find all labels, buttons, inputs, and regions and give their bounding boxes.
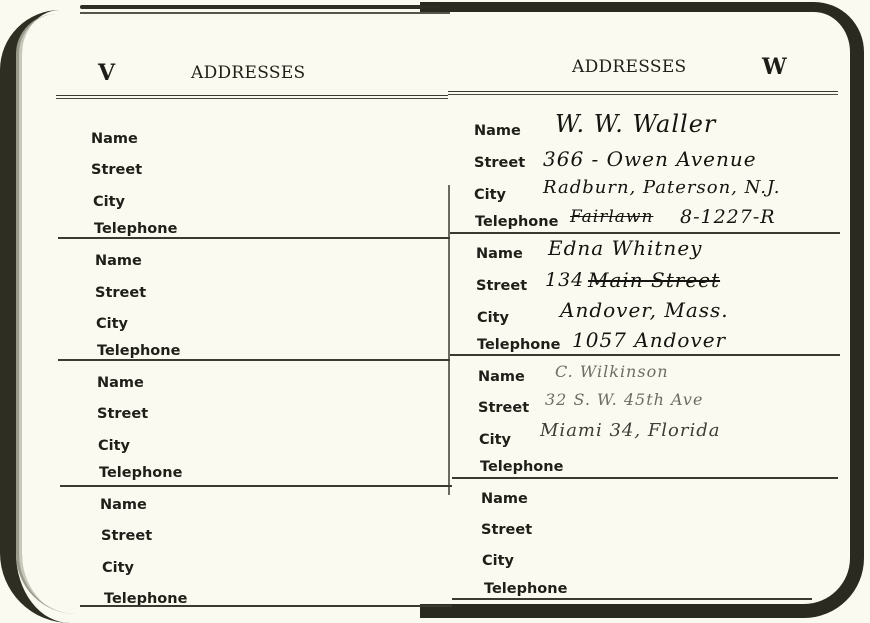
page-top-edge <box>80 12 450 14</box>
right-page-title: ADDRESSES <box>572 57 687 77</box>
left-page-letter: V <box>98 60 115 86</box>
telephone-label: Telephone <box>475 214 558 230</box>
city-label: City <box>474 187 506 203</box>
address-book-scan: V ADDRESSES ADDRESSES W Name Street City… <box>0 0 870 623</box>
entry-divider <box>452 598 812 600</box>
name-label: Name <box>476 246 523 262</box>
name-label: Name <box>481 491 528 507</box>
name-label: Name <box>97 375 144 391</box>
contact-telephone: 8-1227-R <box>680 206 776 228</box>
telephone-label: Telephone <box>477 337 560 353</box>
street-label: Street <box>481 522 532 538</box>
city-label: City <box>477 310 509 326</box>
entry-divider <box>450 354 840 356</box>
city-label: City <box>482 553 514 569</box>
entry-divider <box>58 237 450 239</box>
right-header-rule <box>448 91 838 92</box>
contact-telephone-struck: Fairlawn <box>570 207 653 227</box>
contact-street-struck: Main Street <box>588 268 720 292</box>
name-label: Name <box>474 123 521 139</box>
street-label: Street <box>95 285 146 301</box>
city-label: City <box>102 560 134 576</box>
telephone-label: Telephone <box>484 581 567 597</box>
left-header-rule <box>56 95 448 96</box>
contact-name: W. W. Waller <box>555 110 716 138</box>
contact-street-number: 134 <box>545 269 584 291</box>
street-label: Street <box>478 400 529 416</box>
name-label: Name <box>100 497 147 513</box>
entry-divider <box>80 605 452 607</box>
right-page-letter: W <box>762 54 787 80</box>
street-label: Street <box>91 162 142 178</box>
contact-name: Edna Whitney <box>548 236 702 260</box>
name-label: Name <box>91 131 138 147</box>
telephone-label: Telephone <box>97 343 180 359</box>
city-label: City <box>93 194 125 210</box>
entry-divider <box>452 477 838 479</box>
street-label: Street <box>97 406 148 422</box>
city-label: City <box>479 432 511 448</box>
entry-divider <box>60 485 452 487</box>
contact-telephone: 1057 Andover <box>572 328 726 352</box>
contact-city: Radburn, Paterson, N.J. <box>543 177 780 198</box>
entry-divider <box>450 232 840 234</box>
contact-street: 366 - Owen Avenue <box>543 147 757 171</box>
street-label: Street <box>474 155 525 171</box>
contact-street: 32 S. W. 45th Ave <box>545 390 703 409</box>
city-label: City <box>98 438 130 454</box>
telephone-label: Telephone <box>99 465 182 481</box>
contact-city: Miami 34, Florida <box>540 420 721 441</box>
entry-divider <box>58 359 450 361</box>
name-label: Name <box>478 369 525 385</box>
page-edges <box>16 14 79 614</box>
city-label: City <box>96 316 128 332</box>
telephone-label: Telephone <box>94 221 177 237</box>
name-label: Name <box>95 253 142 269</box>
telephone-label: Telephone <box>480 459 563 475</box>
cover-top-edge <box>80 5 440 9</box>
contact-name: C. Wilkinson <box>555 362 669 381</box>
contact-city: Andover, Mass. <box>560 298 729 322</box>
street-label: Street <box>101 528 152 544</box>
street-label: Street <box>476 278 527 294</box>
left-page-title: ADDRESSES <box>191 63 306 83</box>
